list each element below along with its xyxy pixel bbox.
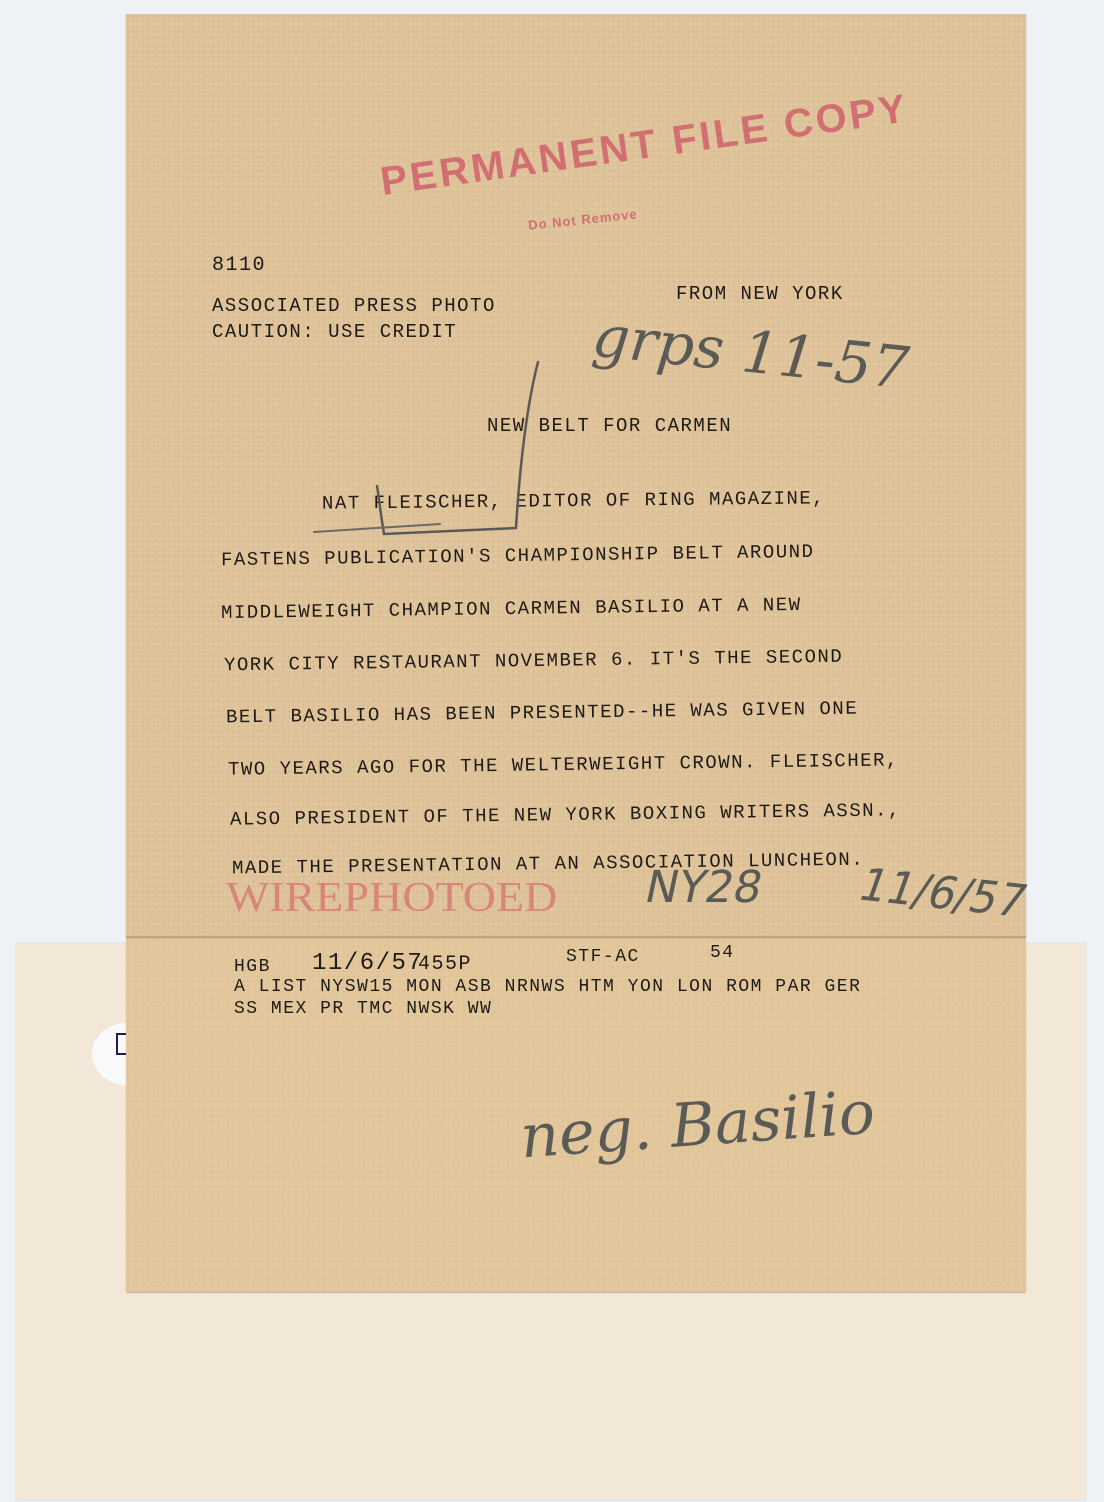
routing-date: 11/6/57 (312, 952, 423, 976)
caption-line-1: NAT FLEISCHER, EDITOR OF RING MAGAZINE, (322, 489, 825, 513)
wirephotoed-stamp: WIREPHOTOED (226, 872, 557, 921)
caution-credit-label: CAUTION: USE CREDIT (212, 323, 457, 342)
routing-desk: STF-AC (566, 948, 640, 966)
routing-distribution-line-2: SS MEX PR TMC NWSK WW (234, 1000, 492, 1018)
routing-distribution-line-1: A LIST NYSW15 MON ASB NRNWS HTM YON LON … (234, 978, 861, 996)
photo-number: 8110 (212, 256, 266, 276)
routing-count: 54 (710, 944, 735, 962)
headline: NEW BELT FOR CARMEN (487, 417, 732, 436)
routing-operator: HGB (234, 958, 271, 976)
handwritten-id: NY28 (641, 862, 768, 913)
agency-label: ASSOCIATED PRESS PHOTO (212, 297, 496, 316)
routing-time: 455P (418, 955, 472, 975)
dateline: FROM NEW YORK (676, 285, 844, 304)
fold-line (126, 936, 1026, 939)
